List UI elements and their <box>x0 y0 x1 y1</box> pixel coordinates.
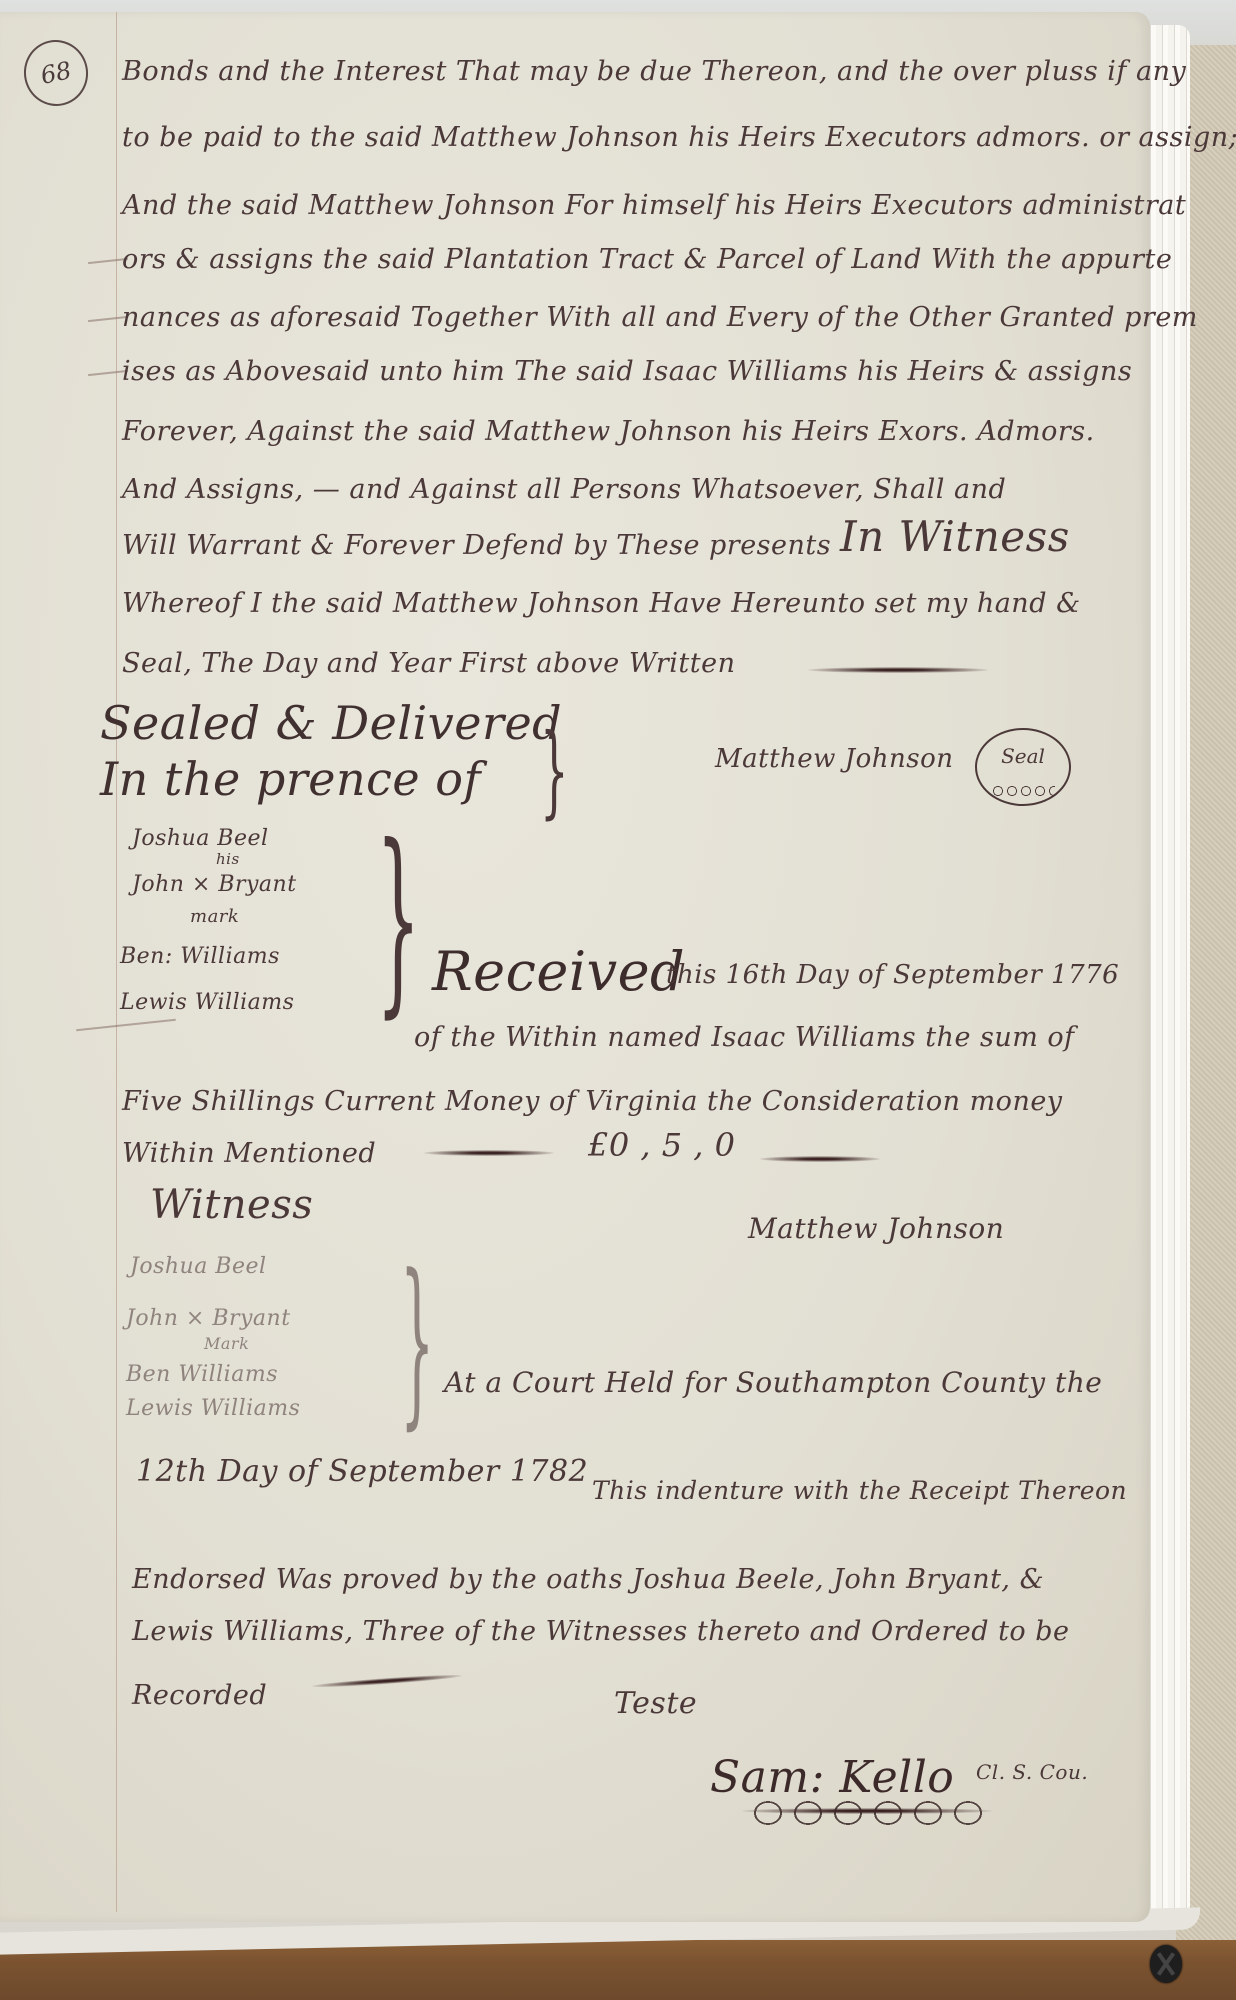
seal-label: Seal <box>1001 744 1045 768</box>
body-line-2: to be paid to the said Matthew Johnson h… <box>122 118 1236 158</box>
mark-his-label: his <box>216 850 240 868</box>
mark-label: mark <box>190 906 239 927</box>
receipt-heading: Received <box>432 940 685 1003</box>
second-witness-3: Ben Williams <box>126 1362 278 1387</box>
page-number-text: 68 <box>38 56 74 90</box>
second-witness-4: Lewis Williams <box>126 1396 300 1421</box>
court-line-2: 12th Day of September 1782 <box>136 1454 588 1489</box>
witness-2: John × Bryant <box>132 872 297 897</box>
clerk-title: Cl. S. Cou. <box>976 1760 1088 1784</box>
court-line-6: Recorded <box>132 1676 267 1716</box>
second-mark-label: Mark <box>204 1334 249 1353</box>
body-line-3: And the said Matthew Johnson For himself… <box>122 186 1186 226</box>
brace-icon: } <box>400 1262 434 1422</box>
witness-4: Lewis Williams <box>120 990 294 1015</box>
witness-heading: Witness <box>150 1182 313 1228</box>
receipt-line-4: Within Mentioned <box>122 1134 376 1174</box>
court-line-3: This indenture with the Receipt Thereon <box>592 1476 1127 1505</box>
body-line-5: nances as aforesaid Together With all an… <box>122 298 1198 338</box>
receipt-signature: Matthew Johnson <box>748 1212 1004 1245</box>
grantor-signature: Matthew Johnson <box>715 744 953 774</box>
second-witness-1: Joshua Beel <box>130 1254 267 1279</box>
seal-mark: Seal <box>975 728 1071 806</box>
witness-3: Ben: Williams <box>120 944 280 969</box>
receipt-line-2: of the Within named Isaac Williams the s… <box>414 1022 1075 1053</box>
in-witness-heading: In Witness <box>840 512 1070 561</box>
second-witness-2: John × Bryant <box>126 1306 291 1331</box>
court-line-4: Endorsed Was proved by the oaths Joshua … <box>132 1560 1044 1600</box>
body-line-10: Whereof I the said Matthew Johnson Have … <box>122 584 1081 624</box>
brace-icon: } <box>540 712 569 829</box>
receipt-line-1: this 16th Day of September 1776 <box>666 960 1119 990</box>
body-line-9: Will Warrant & Forever Defend by These p… <box>122 526 831 566</box>
body-line-4: ors & assigns the said Plantation Tract … <box>122 240 1172 280</box>
witness-1: Joshua Beel <box>132 826 269 851</box>
body-line-8: And Assigns, — and Against all Persons W… <box>122 470 1006 510</box>
teste-label: Teste <box>614 1686 697 1721</box>
body-line-6: ises as Abovesaid unto him The said Isaa… <box>122 352 1132 392</box>
body-line-11: Seal, The Day and Year First above Writt… <box>122 644 735 684</box>
line-flourish <box>760 1156 880 1162</box>
court-line-5: Lewis Williams, Three of the Witnesses t… <box>132 1612 1070 1652</box>
margin-rule <box>116 12 117 1912</box>
sealed-delivered-line-1: Sealed & Delivered <box>100 696 562 750</box>
screw-head-icon <box>1150 1945 1182 1983</box>
court-line-1: At a Court Held for Southampton County t… <box>444 1366 1102 1399</box>
receipt-line-3: Five Shillings Current Money of Virginia… <box>122 1082 1063 1122</box>
line-flourish <box>424 1150 554 1156</box>
brace-icon: } <box>376 830 421 1010</box>
line-flourish <box>742 1808 992 1814</box>
body-line-1: Bonds and the Interest That may be due T… <box>122 52 1186 92</box>
line-flourish <box>808 667 988 673</box>
body-line-7: Forever, Against the said Matthew Johnso… <box>122 412 1095 452</box>
seal-loops-icon <box>991 784 1055 798</box>
sealed-delivered-line-2: In the prence of <box>100 752 481 806</box>
receipt-amount: £0 , 5 , 0 <box>588 1126 735 1164</box>
